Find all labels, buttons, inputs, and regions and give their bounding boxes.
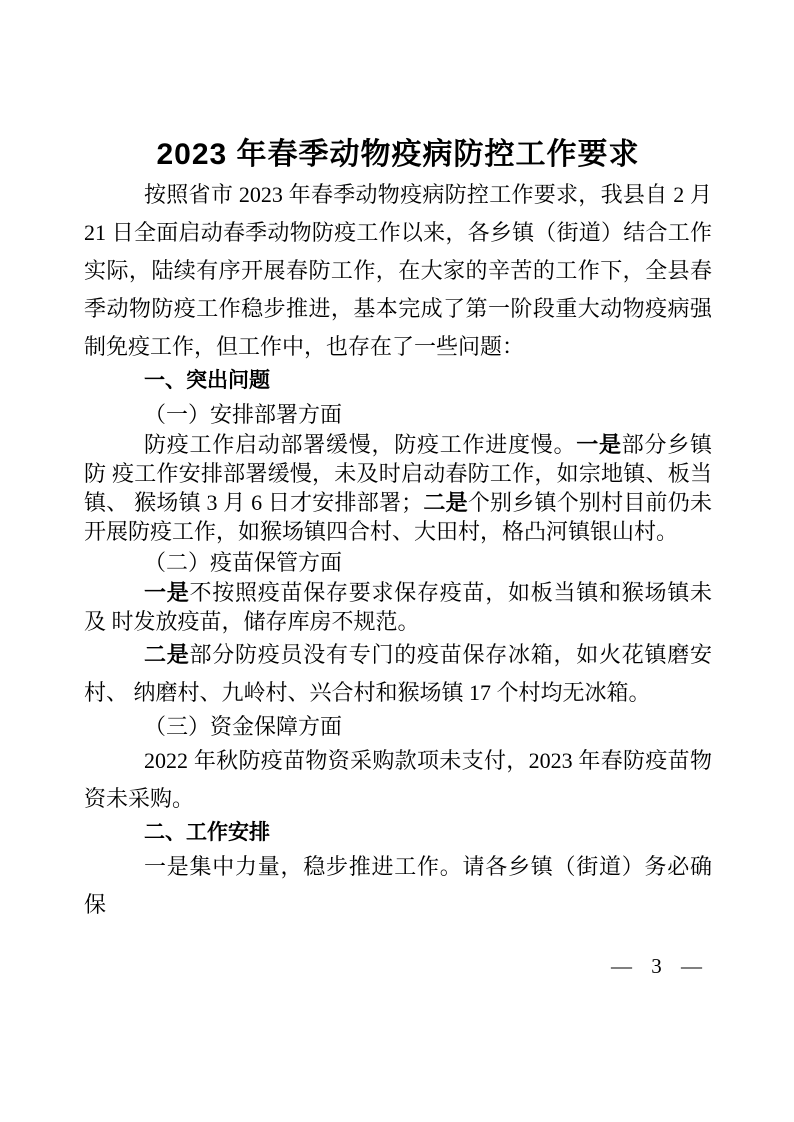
emphasis-run-yishi: 一是: [576, 432, 622, 457]
section-1-heading: 一、突出问题: [84, 366, 712, 396]
subsection-1-3-paragraph: 2022 年秋防疫苗物资采购款项未支付，2023 年春防疫苗物资未采购。: [84, 742, 712, 818]
document-title: 2023 年春季动物疫病防控工作要求: [84, 134, 712, 176]
subsection-1-1-heading: （一）安排部署方面: [84, 400, 712, 430]
subsection-1-3-heading: （三）资金保障方面: [84, 712, 712, 742]
section-2-paragraph: 一是集中力量，稳步推进工作。请各乡镇（街道）务必确保: [84, 848, 712, 924]
subsection-1-2-paragraph-1: 一是不按照疫苗保存要求保存疫苗，如板当镇和猴场镇未及 时发放疫苗，储存库房不规范…: [84, 578, 712, 636]
emphasis-run-ershi: 二是: [144, 642, 190, 667]
section-2-heading: 二、工作安排: [84, 818, 712, 848]
text-run: 防疫工作启动部署缓慢，防疫工作进度慢。: [144, 432, 576, 457]
page-number: — 3 —: [84, 952, 712, 980]
document-page: 2023 年春季动物疫病防控工作要求 按照省市 2023 年春季动物疫病防控工作…: [0, 0, 794, 1122]
emphasis-run-yishi: 一是: [144, 580, 190, 605]
intro-paragraph: 按照省市 2023 年春季动物疫病防控工作要求，我县自 2 月 21 日全面启动…: [84, 176, 712, 366]
subsection-1-1-paragraph: 防疫工作启动部署缓慢，防疫工作进度慢。一是部分乡镇防 疫工作安排部署缓慢，未及时…: [84, 430, 712, 546]
subsection-1-2-paragraph-2: 二是部分防疫员没有专门的疫苗保存冰箱，如火花镇磨安村、 纳磨村、九岭村、兴合村和…: [84, 636, 712, 712]
emphasis-run-ershi: 二是: [423, 490, 468, 515]
subsection-1-2-heading: （二）疫苗保管方面: [84, 548, 712, 578]
